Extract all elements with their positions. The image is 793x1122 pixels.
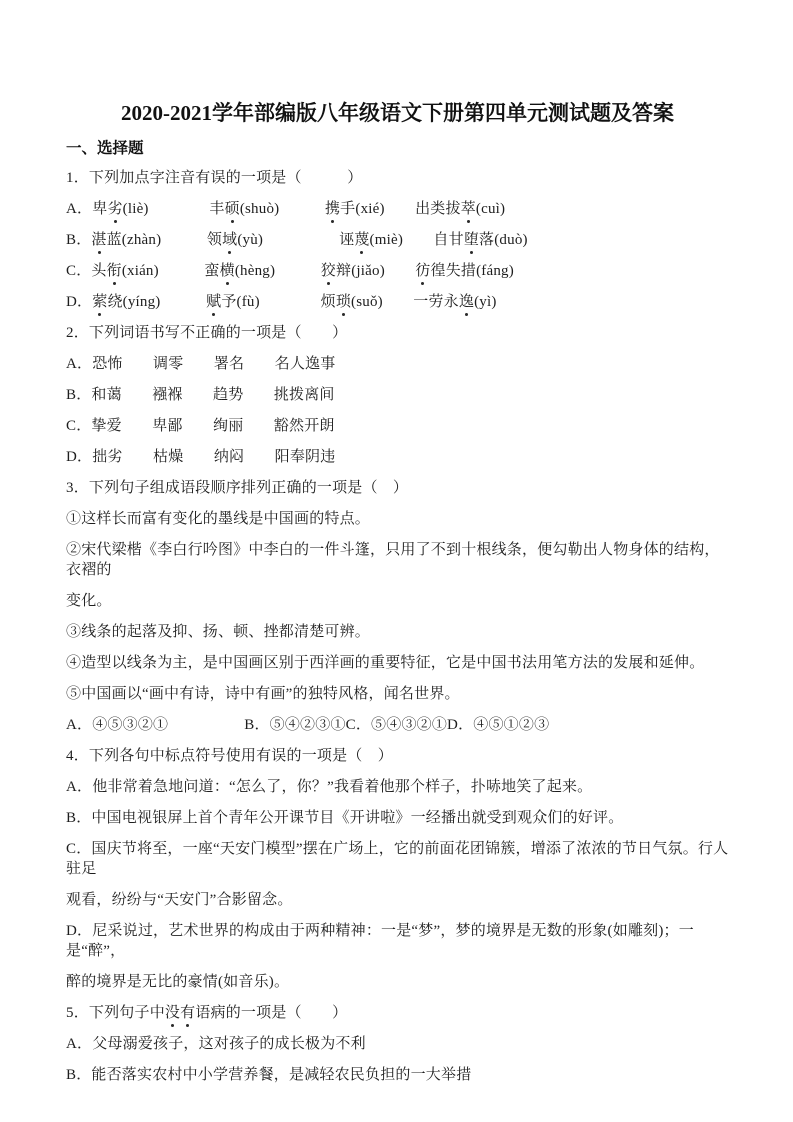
- emphasized-character: 有: [180, 1003, 195, 1023]
- q2-option-a: A．恐怖 调零 署名 名人逸事: [66, 354, 729, 374]
- emphasized-character: 狡: [321, 261, 336, 281]
- q5-option-a: A．父母溺爱孩子，这对孩子的成长极为不利: [66, 1034, 729, 1054]
- q3-answer-options: A．④⑤③②① B．⑤④②③①C．⑤④③②①D．④⑤①②③: [66, 715, 729, 735]
- q1-option-d: D．萦绕(yíng) 赋予(fù) 烦琐(suǒ) 一劳永逸(yì): [66, 292, 729, 312]
- q3-sentence-2-line-2: 变化。: [66, 591, 729, 611]
- q4-option-a: A．他非常着急地问道：“怎么了，你？”我看着他那个样子，扑哧地笑了起来。: [66, 777, 729, 797]
- q3-sentence-4: ④造型以线条为主，是中国画区别于西洋画的重要特征，它是中国书法用笔方法的发展和延…: [66, 653, 729, 673]
- section-heading: 一、选择题: [66, 139, 729, 159]
- q4-option-b: B．中国电视银屏上首个青年公开课节目《开讲啦》一经播出就受到观众们的好评。: [66, 808, 729, 828]
- emphasized-character: 硕: [225, 199, 240, 219]
- document-title: 2020-2021学年部编版八年级语文下册第四单元测试题及答案: [66, 100, 729, 126]
- q2-option-d: D．拙劣 枯燥 纳闷 阳奉阴违: [66, 447, 729, 467]
- q1-stem: 1．下列加点字注音有误的一项是（ ）: [66, 168, 729, 188]
- q3-sentence-2-line-1: ②宋代梁楷《李白行吟图》中李白的一件斗篷，只用了不到十根线条，便勾勒出人物身体的…: [66, 540, 729, 580]
- q3-sentence-5: ⑤中国画以“画中有诗，诗中有画”的独特风格，闻名世界。: [66, 684, 729, 704]
- emphasized-character: 携: [325, 199, 340, 219]
- emphasized-character: 蔑: [354, 230, 369, 250]
- q3-sentence-3: ③线条的起落及抑、扬、顿、挫都清楚可辨。: [66, 622, 729, 642]
- q4-option-c-line-2: 观看，纷纷与“天安门”合影留念。: [66, 890, 729, 910]
- emphasized-character: 彷: [415, 261, 430, 281]
- emphasized-character: 萃: [461, 199, 476, 219]
- document-page: 2020-2021学年部编版八年级语文下册第四单元测试题及答案 一、选择题 1．…: [0, 0, 793, 1122]
- emphasized-character: 域: [222, 230, 237, 250]
- emphasized-character: 琐: [336, 292, 351, 312]
- emphasized-character: 劣: [107, 199, 122, 219]
- emphasized-character: 赋: [206, 292, 221, 312]
- q2-option-c: C．挚爱 卑鄙 绚丽 豁然开朗: [66, 416, 729, 436]
- q2-stem: 2．下列词语书写不正确的一项是（ ）: [66, 323, 729, 343]
- q4-option-d-line-1: D．尼采说过，艺术世界的构成由于两种精神：一是“梦”，梦的境界是无数的形象(如雕…: [66, 921, 729, 961]
- emphasized-character: 湛: [91, 230, 106, 250]
- q4-stem: 4．下列各句中标点符号使用有误的一项是（ ）: [66, 746, 729, 766]
- q1-option-a: A．卑劣(liè) 丰硕(shuò) 携手(xié) 出类拔萃(cuì): [66, 199, 729, 219]
- q4-option-d-line-2: 醉的境界是无比的豪情(如音乐)。: [66, 972, 729, 992]
- q2-option-b: B．和蔼 襁褓 趋势 挑拨离间: [66, 385, 729, 405]
- q3-stem: 3．下列句子组成语段顺序排列正确的一项是（ ）: [66, 478, 729, 498]
- q5-option-b: B．能否落实农村中小学营养餐，是减轻农民负担的一大举措: [66, 1065, 729, 1085]
- q5-stem: 5．下列句子中没有语病的一项是（ ）: [66, 1003, 729, 1023]
- emphasized-character: 没: [165, 1003, 180, 1023]
- emphasized-character: 萦: [92, 292, 107, 312]
- emphasized-character: 衔: [107, 261, 122, 281]
- emphasized-character: 堕: [464, 230, 479, 250]
- q3-sentence-1: ①这样长而富有变化的墨线是中国画的特点。: [66, 509, 729, 529]
- q4-option-c-line-1: C．国庆节将至，一座“天安门模型”摆在广场上，它的前面花团锦簇，增添了浓浓的节日…: [66, 839, 729, 879]
- q1-option-c: C．头衔(xián) 蛮横(hèng) 狡辩(jiǎo) 彷徨失措(fáng): [66, 261, 729, 281]
- q1-option-b: B．湛蓝(zhàn) 领域(yù) 诬蔑(miè) 自甘堕落(duò): [66, 230, 729, 250]
- emphasized-character: 逸: [459, 292, 474, 312]
- emphasized-character: 横: [220, 261, 235, 281]
